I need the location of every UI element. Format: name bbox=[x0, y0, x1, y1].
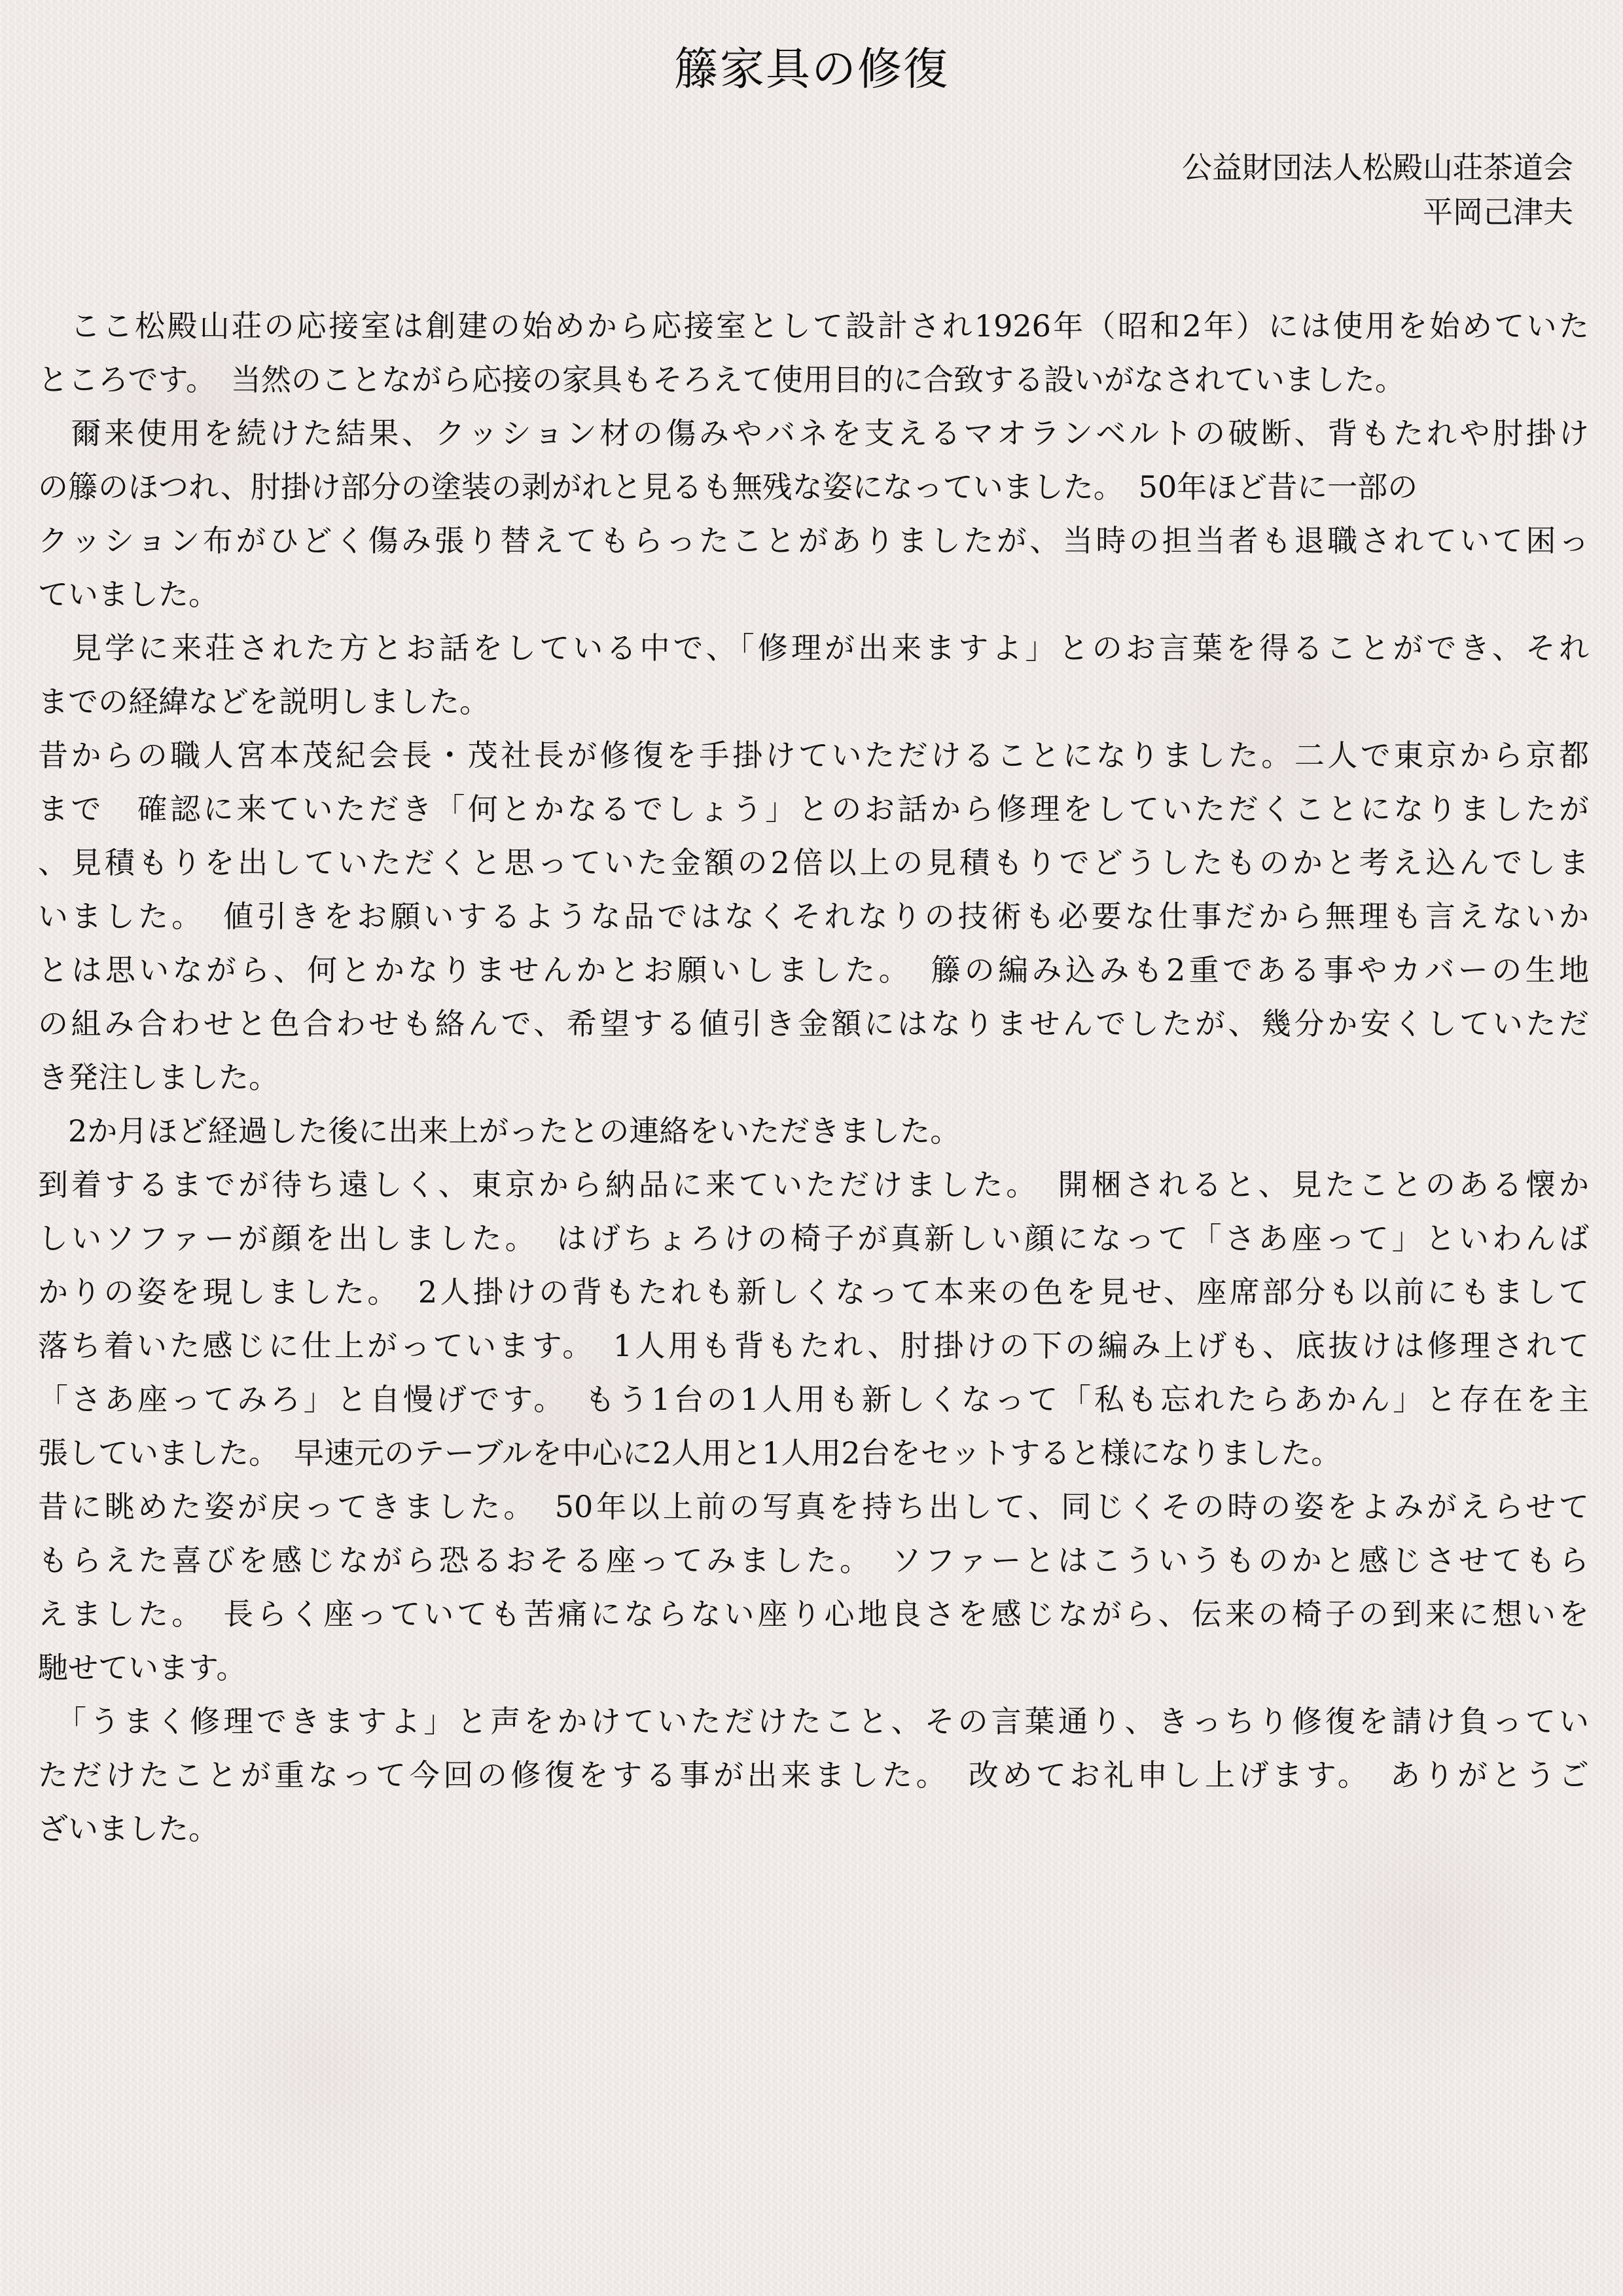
text-line: の籐のほつれ、肘掛け部分の塗装の剥がれと見るも無残な姿になっていました。 50年… bbox=[38, 469, 1589, 505]
text-line: えました。 長らく座っていても苦痛にならない座り心地良さを感じながら、伝来の椅子… bbox=[38, 1596, 1589, 1632]
byline: 公益財団法人松殿山荘茶道会 平岡己津夫 bbox=[1182, 145, 1573, 234]
organization-name: 公益財団法人松殿山荘茶道会 bbox=[1182, 145, 1573, 190]
text-line: もらえた喜びを感じながら恐るおそる座ってみました。 ソファーとはこういうものかと… bbox=[38, 1542, 1589, 1579]
text-line: 到着するまでが待ち遠しく、東京から納品に来ていただけました。 開梱されると、見た… bbox=[38, 1166, 1589, 1203]
text-line: 馳せています。 bbox=[38, 1649, 1589, 1686]
body-text: ここ松殿山荘の応接室は創建の始めから応接室として設計され1926年（昭和2年）に… bbox=[38, 308, 1589, 1864]
text-line: の組み合わせと色合わせも絡んで、希望する値引き金額にはなりませんでしたが、幾分か… bbox=[38, 1005, 1589, 1042]
text-line: 2か月ほど経過した後に出来上がったとの連絡をいただきました。 bbox=[38, 1113, 1589, 1149]
text-line: まで 確認に来ていただき「何とかなるでしょう」とのお話から修理をしていただくこと… bbox=[38, 791, 1589, 827]
author-name: 平岡己津夫 bbox=[1182, 190, 1573, 234]
text-line: クッション布がひどく傷み張り替えてもらったことがありましたが、当時の担当者も退職… bbox=[38, 522, 1589, 559]
text-line: ところです。 当然のことながら応接の家具もそろえて使用目的に合致する設いがなされ… bbox=[38, 361, 1589, 398]
text-line: いました。 値引きをお願いするような品ではなくそれなりの技術も必要な仕事だから無… bbox=[38, 898, 1589, 935]
text-line: ここ松殿山荘の応接室は創建の始めから応接室として設計され1926年（昭和2年）に… bbox=[38, 308, 1589, 344]
text-line: かりの姿を現しました。 2人掛けの背もたれも新しくなって本来の色を見せ、座席部分… bbox=[38, 1274, 1589, 1310]
text-line: 、見積もりを出していただくと思っていた金額の2倍以上の見積もりでどうしたものかと… bbox=[38, 844, 1589, 881]
text-line: き発注しました。 bbox=[38, 1059, 1589, 1096]
text-line: 落ち着いた感じに仕上がっています。 1人用も背もたれ、肘掛けの下の編み上げも、底… bbox=[38, 1327, 1589, 1364]
text-line: 爾来使用を続けた結果、クッション材の傷みやバネを支えるマオランベルトの破断、背も… bbox=[38, 415, 1589, 452]
text-line: ていました。 bbox=[38, 576, 1589, 613]
text-line: 見学に来荘された方とお話をしている中で、「修理が出来ますよ」とのお言葉を得ること… bbox=[38, 630, 1589, 666]
text-line: 張していました。 早速元のテーブルを中心に2人用と1人用2台をセットすると様にな… bbox=[38, 1435, 1589, 1471]
text-line: までの経緯などを説明しました。 bbox=[38, 683, 1589, 720]
text-line: ざいました。 bbox=[38, 1810, 1589, 1847]
text-line: 「さあ座ってみろ」と自慢げです。 もう1台の1人用も新しくなって「私も忘れたらあ… bbox=[38, 1381, 1589, 1418]
text-line: しいソファーが顔を出しました。 はげちょろけの椅子が真新しい顔になって「さあ座っ… bbox=[38, 1220, 1589, 1257]
text-line: 「うまく修理できますよ」と声をかけていただけたこと、その言葉通り、きっちり修復を… bbox=[38, 1703, 1589, 1740]
document-title: 籐家具の修復 bbox=[0, 41, 1623, 99]
text-line: とは思いながら、何とかなりませんかとお願いしました。 籐の編み込みも2重である事… bbox=[38, 952, 1589, 988]
text-line: ただけたことが重なって今回の修復をする事が出来ました。 改めてお礼申し上げます。… bbox=[38, 1757, 1589, 1793]
text-line: 昔に眺めた姿が戻ってきました。 50年以上前の写真を持ち出して、同じくその時の姿… bbox=[38, 1488, 1589, 1525]
text-line: 昔からの職人宮本茂紀会長・茂社長が修復を手掛けていただけることになりました。二人… bbox=[38, 737, 1589, 774]
document-page: 籐家具の修復 公益財団法人松殿山荘茶道会 平岡己津夫 ここ松殿山荘の応接室は創建… bbox=[0, 0, 1623, 2296]
